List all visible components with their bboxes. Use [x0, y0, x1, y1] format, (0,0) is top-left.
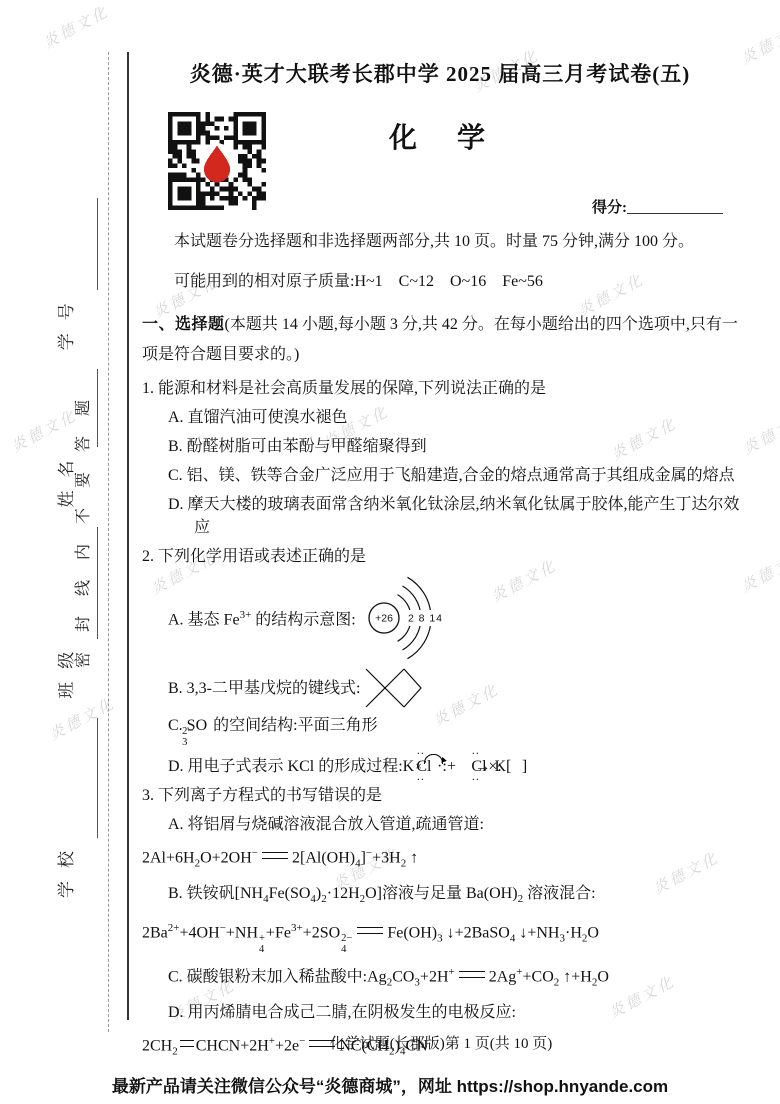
- q1-option-c: C. 铝、镁、铁等合金广泛应用于飞船建造,合金的熔点通常高于其组成金属的熔点: [142, 464, 740, 487]
- score-label: 得分:: [592, 200, 627, 216]
- q1-stem: 1. 能源和材料是社会高质量发展的保障,下列说法正确的是: [142, 377, 740, 400]
- q2-option-b: B. 3,3-二甲基戊烷的键线式:: [142, 666, 740, 710]
- score-area: 得分:: [592, 196, 723, 217]
- lewis-structure: ·Cl····:: [463, 755, 467, 778]
- watermark-text: 炎德文化: [737, 16, 780, 68]
- field-class-blank: [95, 527, 98, 639]
- q2-stem: 2. 下列化学用语或表述正确的是: [142, 545, 740, 568]
- page-footer: 化学试题(长郡版)第 1 页(共 10 页): [142, 1032, 740, 1053]
- seal-line-text: 密封线内不要答题: [70, 368, 93, 668]
- section-heading-note: (本题共 14 小题,每小题 3 分,共 42 分。在每小题给出的四个选项中,只…: [142, 316, 738, 363]
- q2-option-b-text: B. 3,3-二甲基戊烷的键线式:: [142, 677, 360, 700]
- exam-page: 炎德文化炎德文化炎德文化炎德文化炎德文化炎德文化炎德文化炎德文化炎德文化炎德文化…: [0, 0, 780, 1104]
- q1-option-a: A. 直馏汽油可使溴水褪色: [142, 406, 740, 429]
- watermark-text: 炎德文化: [39, 0, 112, 52]
- field-school-blank: [95, 718, 98, 838]
- field-student-id-blank: [95, 198, 98, 290]
- atomic-structure-diagram: +26 2 8 14: [360, 574, 460, 662]
- q3-option-c: C. 碳酸银粉末加入稀盐酸中:Ag2CO3+2H+2Ag++CO2 ↑+H2O: [142, 961, 740, 995]
- double-line-equals: [459, 971, 485, 978]
- exam-title: 炎德·英才大联考长郡中学 2025 届高三月考试卷(五): [140, 58, 740, 88]
- double-line-equals: [262, 852, 288, 859]
- field-name-blank: [95, 370, 98, 448]
- atomic-masses-label: 可能用到的相对原子质量:: [174, 273, 354, 290]
- field-school-label: 学校: [57, 838, 76, 898]
- watermark-text: 炎德文化: [739, 406, 780, 458]
- q3-equation-a: 2Al+6H2O+2OH−2[Al(OH)4]−+3H2 ↑: [142, 842, 740, 876]
- section-heading: 一、选择题(本题共 14 小题,每小题 3 分,共 42 分。在每小题给出的四个…: [142, 310, 740, 370]
- atomic-masses-line: 可能用到的相对原子质量:H~1 C~12 O~16 Fe~56: [142, 270, 740, 293]
- q2-option-c: C. SO2−3 的空间结构:平面三角形: [142, 714, 740, 748]
- q1-option-d: D. 摩天大楼的玻璃表面常含纳米氧化钛涂层,纳米氧化钛属于胶体,能产生丁达尔效应: [142, 493, 740, 539]
- q3-option-d: D. 用丙烯腈电合成己二腈,在阴极发生的电极反应:: [142, 1001, 740, 1024]
- seal-dotted-line: [108, 52, 109, 1032]
- skeletal-formula: [364, 666, 422, 710]
- q2-option-d: D. 用电子式表示 KCl 的形成过程:K× + ·Cl····: → K[×C…: [142, 754, 740, 778]
- promo-footer: 最新产品请关注微信公众号“炎德商城”，网址 https://shop.hnyan…: [0, 1072, 780, 1097]
- q3-equation-b: 2Ba2++4OH−+NH+4+Fe3++2SO2−4Fe(OH)3 ↓+2Ba…: [142, 917, 740, 955]
- section-heading-title: 一、选择题: [142, 316, 225, 333]
- q2-option-a: A. 基态 Fe3+ 的结构示意图: +26 2 8 14: [142, 574, 740, 662]
- q3-option-a: A. 将铝屑与烧碱溶液混合放入管道,疏通管道:: [142, 813, 740, 836]
- nucleus-charge-label: +26: [375, 613, 393, 625]
- q2-option-a-text: A. 基态 Fe3+ 的结构示意图:: [142, 604, 356, 631]
- question-1: 1. 能源和材料是社会高质量发展的保障,下列说法正确的是 A. 直馏汽油可使溴水…: [142, 377, 740, 539]
- q3-option-b: B. 铁铵矾[NH4Fe(SO4)2·12H2O]溶液与足量 Ba(OH)2 溶…: [142, 882, 740, 911]
- subject-title: 化 学: [140, 116, 740, 156]
- atomic-masses-values: H~1 C~12 O~16 Fe~56: [354, 273, 542, 290]
- watermark-text: 炎德文化: [737, 544, 780, 596]
- question-2: 2. 下列化学用语或表述正确的是 A. 基态 Fe3+ 的结构示意图: +26 …: [142, 545, 740, 778]
- intro-line-1: 本试题卷分选择题和非选择题两部分,共 10 页。时量 75 分钟,满分 100 …: [142, 230, 740, 253]
- score-blank: [627, 211, 723, 214]
- question-3: 3. 下列离子方程式的书写错误的是 A. 将铝屑与烧碱溶液混合放入管道,疏通管道…: [142, 784, 740, 1063]
- content: 本试题卷分选择题和非选择题两部分,共 10 页。时量 75 分钟,满分 100 …: [142, 230, 740, 1069]
- q3-stem: 3. 下列离子方程式的书写错误的是: [142, 784, 740, 807]
- field-student-id: 学号: [57, 196, 76, 350]
- page-border-line: [127, 52, 129, 1020]
- double-line-equals: [357, 927, 383, 934]
- lewis-structure: ×Cl····:: [514, 755, 518, 778]
- field-school: 学校: [57, 716, 76, 898]
- electron-shells-label: 2 8 14: [408, 613, 442, 625]
- field-student-id-label: 学号: [57, 290, 76, 350]
- q1-option-b: B. 酚醛树脂可由苯酚与甲醛缩聚得到: [142, 435, 740, 458]
